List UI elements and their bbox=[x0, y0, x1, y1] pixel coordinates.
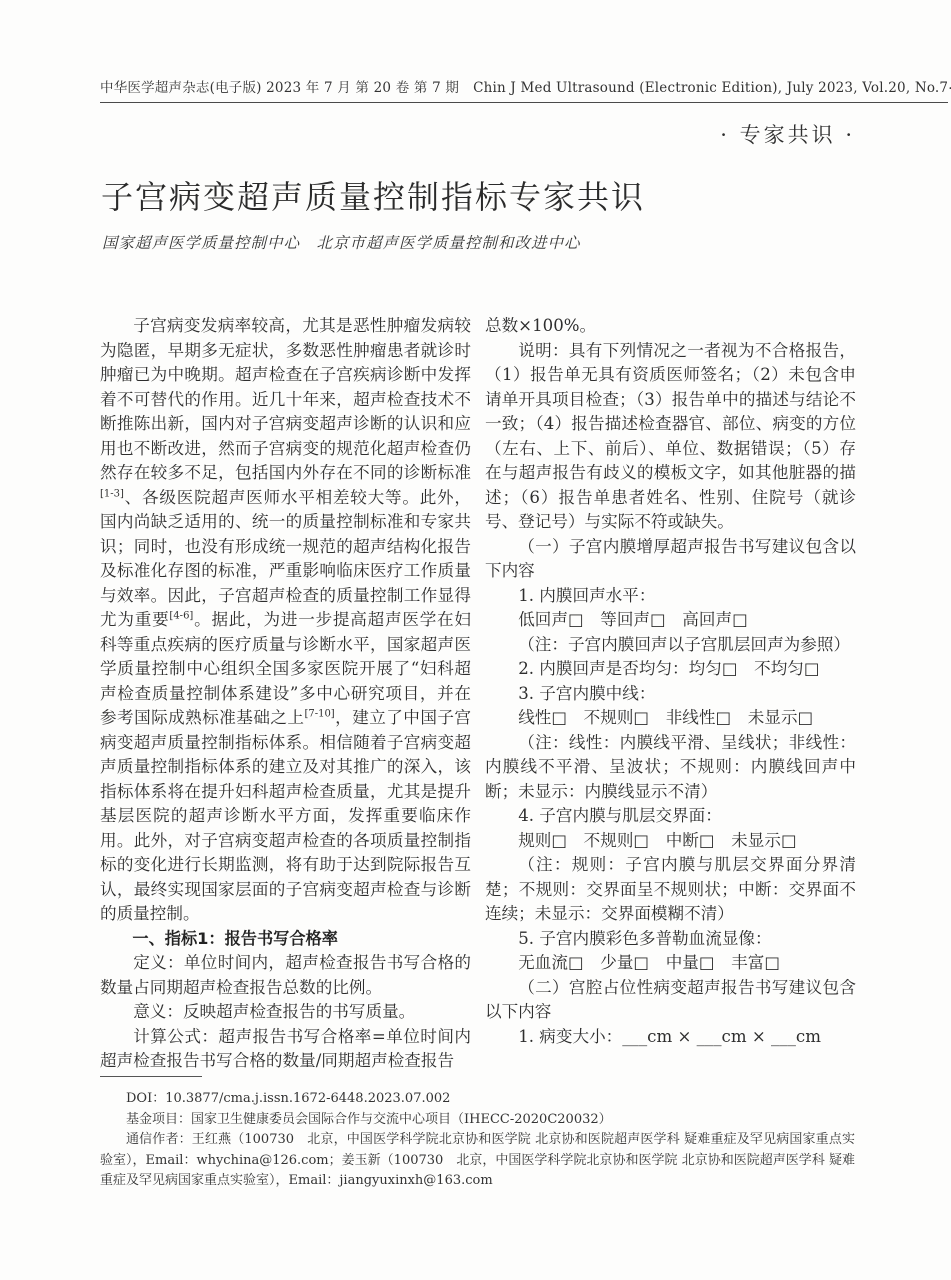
formula-paragraph: 计算公式：超声报告书写合格率=单位时间内超声检查报告书写合格的数量/同期超声检查… bbox=[100, 1025, 471, 1074]
citation-ref-7-10: [7-10] bbox=[304, 708, 334, 719]
lesion-size-line: 1. 病变大小：___cm × ___cm × ___cm bbox=[485, 1025, 856, 1050]
article-body: 子宫病变发病率较高，尤其是恶性肿瘤发病较为隐匿，早期多无症状，多数恶性肿瘤患者就… bbox=[100, 314, 856, 1074]
definition-paragraph: 定义：单位时间内，超声检查报告书写合格的数量占同期超声检查报告总数的比例。 bbox=[100, 951, 471, 1000]
footnote-rule bbox=[100, 1076, 202, 1077]
correspondence-line: 通信作者：王红燕（100730 北京，中国医学科学院北京协和医学院 北京协和医院… bbox=[100, 1130, 855, 1192]
item-4-options: 规则□ 不规则□ 中断□ 未显示□ bbox=[485, 829, 856, 854]
section-label: · 专家共识 · bbox=[720, 119, 855, 149]
funding-line: 基金项目：国家卫生健康委员会国际合作与交流中心项目（IHECC-2020C200… bbox=[100, 1110, 855, 1131]
left-column-paragraphs: 定义：单位时间内，超声检查报告书写合格的数量占同期超声检查报告总数的比例。意义：… bbox=[100, 951, 471, 1074]
article-title: 子宫病变超声质量控制指标专家共识 bbox=[101, 172, 645, 218]
footnote-block: DOI：10.3877/cma.j.issn.1672-6448.2023.07… bbox=[100, 1076, 855, 1192]
explanation-paragraph: 说明：具有下列情况之一者视为不合格报告，（1）报告单无具有资质医师签名；（2）未… bbox=[485, 339, 856, 535]
significance-paragraph: 意义：反映超声检查报告的书写质量。 bbox=[100, 1000, 471, 1025]
item-1-note: （注：子宫内膜回声以子宫肌层回声为参照） bbox=[485, 633, 856, 658]
intro-text-2: 、各级医院超声医师水平相差较大等。此外，国内尚缺乏适用的、统一的质量控制标准和专… bbox=[100, 488, 471, 630]
author-affiliations: 国家超声医学质量控制中心 北京市超声医学质量控制和改进中心 bbox=[102, 231, 581, 253]
intro-text-4: ，建立了中国子宫病变超声质量控制指标体系。相信随着子宫病变超声质量控制指标体系的… bbox=[100, 708, 471, 923]
citation-ref-1-3: [1-3] bbox=[100, 488, 124, 499]
left-column: 子宫病变发病率较高，尤其是恶性肿瘤发病较为隐匿，早期多无症状，多数恶性肿瘤患者就… bbox=[100, 314, 471, 1074]
item-3-note: （注：线性：内膜线平滑、呈线状；非线性：内膜线不平滑、呈波状；不规则：内膜线回声… bbox=[485, 731, 856, 805]
journal-masthead: 中华医学超声杂志(电子版) 2023 年 7 月 第 20 卷 第 7 期Chi… bbox=[100, 76, 948, 103]
item-5-label: 5. 子宫内膜彩色多普勒血流显像： bbox=[485, 927, 856, 952]
item-3-options: 线性□ 不规则□ 非线性□ 未显示□ bbox=[485, 706, 856, 731]
journal-title-en: Chin J Med Ultrasound (Electronic Editio… bbox=[473, 80, 948, 96]
item-3-label: 3. 子宫内膜中线： bbox=[485, 682, 856, 707]
item-2-label: 2. 内膜回声是否均匀：均匀□ 不均匀□ bbox=[485, 657, 856, 682]
indicator-1-heading: 一、指标1：报告书写合格率 bbox=[100, 927, 471, 952]
item-1-options: 低回声□ 等回声□ 高回声□ bbox=[485, 608, 856, 633]
intro-text-1: 子宫病变发病率较高，尤其是恶性肿瘤发病较为隐匿，早期多无症状，多数恶性肿瘤患者就… bbox=[100, 316, 471, 482]
formula-continued: 总数×100%。 bbox=[485, 314, 856, 339]
right-column-paragraphs: 总数×100%。说明：具有下列情况之一者视为不合格报告，（1）报告单无具有资质医… bbox=[485, 314, 856, 1049]
right-column: 总数×100%。说明：具有下列情况之一者视为不合格报告，（1）报告单无具有资质医… bbox=[485, 314, 856, 1074]
subsection-2-heading: （二）宫腔占位性病变超声报告书写建议包含以下内容 bbox=[485, 976, 856, 1025]
citation-ref-4-6: [4-6] bbox=[169, 610, 193, 621]
item-5-options: 无血流□ 少量□ 中量□ 丰富□ bbox=[485, 951, 856, 976]
journal-page: 中华医学超声杂志(电子版) 2023 年 7 月 第 20 卷 第 7 期Chi… bbox=[0, 0, 951, 1280]
subsection-1-heading: （一）子宫内膜增厚超声报告书写建议包含以下内容 bbox=[485, 535, 856, 584]
item-4-label: 4. 子宫内膜与肌层交界面： bbox=[485, 804, 856, 829]
item-4-note: （注：规则：子宫内膜与肌层交界面分界清楚；不规则：交界面呈不规则状；中断：交界面… bbox=[485, 853, 856, 927]
doi-line: DOI：10.3877/cma.j.issn.1672-6448.2023.07… bbox=[100, 1089, 855, 1110]
intro-paragraph: 子宫病变发病率较高，尤其是恶性肿瘤发病较为隐匿，早期多无症状，多数恶性肿瘤患者就… bbox=[100, 314, 471, 927]
journal-title-cn: 中华医学超声杂志(电子版) 2023 年 7 月 第 20 卷 第 7 期 bbox=[100, 80, 459, 96]
item-1-label: 1. 内膜回声水平： bbox=[485, 584, 856, 609]
page-header: 中华医学超声杂志(电子版) 2023 年 7 月 第 20 卷 第 7 期Chi… bbox=[100, 76, 855, 103]
